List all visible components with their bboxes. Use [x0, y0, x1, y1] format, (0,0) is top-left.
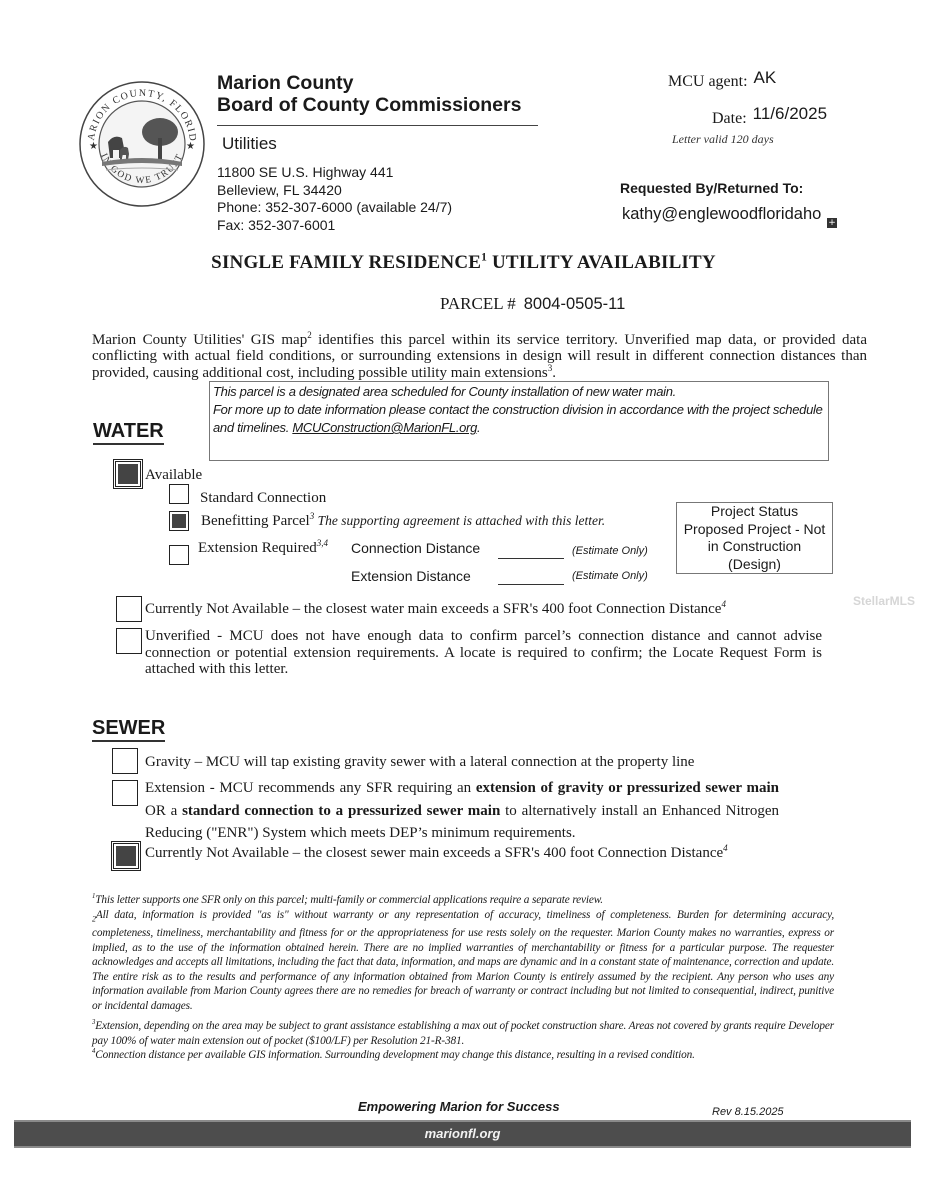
- revision-number: Rev 8.15.2025: [712, 1106, 784, 1118]
- project-status-line: in Construction: [677, 538, 832, 556]
- footnote-1: 1This letter supports one SFR only on th…: [92, 893, 834, 908]
- agent-label: MCU agent:: [668, 73, 748, 90]
- intro-paragraph: Marion County Utilities' GIS map2 identi…: [92, 332, 867, 381]
- department-name: Utilities: [222, 134, 277, 154]
- project-status-line: Proposed Project - Not: [677, 521, 832, 539]
- website-link[interactable]: marionfl.org: [425, 1126, 501, 1141]
- footer-tagline: Empowering Marion for Success: [358, 1099, 560, 1114]
- water-not-available-label: Currently Not Available – the closest wa…: [145, 601, 726, 618]
- extension-estimate-note: (Estimate Only): [572, 570, 648, 582]
- connection-distance-label: Connection Distance: [351, 540, 480, 556]
- standard-connection-label: Standard Connection: [200, 490, 326, 507]
- connection-estimate-note: (Estimate Only): [572, 545, 648, 557]
- construction-email-link[interactable]: MCUConstruction@MarionFL.org: [292, 420, 477, 435]
- construction-note-box: This parcel is a designated area schedul…: [209, 381, 829, 461]
- fax-number: Fax: 352-307-6001: [217, 217, 452, 235]
- date-value: 11/6/2025: [753, 104, 827, 123]
- letter-date: Date:11/6/2025: [712, 104, 827, 128]
- footnote-3: 3Extension, depending on the area may be…: [92, 1019, 834, 1048]
- header-divider: [217, 125, 538, 126]
- county-seal-logo: MARION COUNTY, FLORIDA IN GOD WE TRUST ★…: [78, 80, 206, 208]
- sewer-extension-label: Extension - MCU recommends any SFR requi…: [145, 777, 779, 845]
- water-unverified-checkbox[interactable]: [116, 628, 142, 654]
- seal-icon: MARION COUNTY, FLORIDA IN GOD WE TRUST ★…: [78, 80, 206, 208]
- sewer-gravity-checkbox[interactable]: [112, 748, 138, 774]
- project-status-box: Project Status Proposed Project - Not in…: [676, 502, 833, 574]
- footnote-2: 2All data, information is provided "as i…: [92, 908, 834, 1014]
- benefitting-parcel-checkbox[interactable]: [169, 511, 189, 531]
- water-not-available-checkbox[interactable]: [116, 596, 142, 622]
- footnote-4: 4Connection distance per available GIS i…: [92, 1048, 834, 1063]
- sewer-not-available-checkbox[interactable]: [113, 843, 139, 869]
- validity-note: Letter valid 120 days: [672, 132, 774, 147]
- extension-distance-label: Extension Distance: [351, 568, 471, 584]
- sewer-gravity-label: Gravity – MCU will tap existing gravity …: [145, 754, 694, 771]
- note-line-2: For more up to date information please c…: [213, 401, 825, 437]
- expand-plus-icon[interactable]: +: [827, 218, 837, 228]
- parcel-number: PARCEL #8004-0505-11: [440, 294, 625, 314]
- water-heading: WATER: [93, 420, 164, 445]
- benefitting-parcel-label: Benefitting Parcel3 The supporting agree…: [201, 513, 605, 530]
- standard-connection-checkbox[interactable]: [169, 484, 189, 504]
- extension-required-checkbox[interactable]: [169, 545, 189, 565]
- requested-by-label: Requested By/Returned To:: [620, 180, 803, 196]
- address-line-1: 11800 SE U.S. Highway 441: [217, 164, 452, 182]
- requested-by-email[interactable]: kathy@englewoodfloridaho: [622, 205, 821, 224]
- water-unverified-label: Unverified - MCU does not have enough da…: [145, 628, 822, 678]
- parcel-label: PARCEL #: [440, 294, 516, 313]
- document-title: SINGLE FAMILY RESIDENCE1 UTILITY AVAILAB…: [0, 252, 927, 274]
- project-status-line: (Design): [677, 556, 832, 574]
- connection-distance-field[interactable]: [498, 558, 564, 559]
- svg-text:★: ★: [186, 141, 195, 152]
- extension-distance-field[interactable]: [498, 584, 564, 585]
- contact-address: 11800 SE U.S. Highway 441 Belleview, FL …: [217, 164, 452, 234]
- note-line-1: This parcel is a designated area schedul…: [213, 383, 825, 401]
- mls-watermark: StellarMLS: [853, 594, 915, 608]
- address-line-2: Belleview, FL 34420: [217, 182, 452, 200]
- agent-value: AK: [754, 68, 777, 87]
- parcel-value: 8004-0505-11: [524, 295, 626, 313]
- sewer-heading: SEWER: [92, 717, 165, 742]
- water-available-label: Available: [145, 467, 202, 484]
- footer-website-bar: marionfl.org: [14, 1120, 911, 1148]
- org-line-2: Board of County Commissioners: [217, 94, 521, 116]
- mcu-agent: MCU agent:AK: [668, 68, 776, 91]
- date-label: Date:: [712, 110, 747, 127]
- sewer-extension-checkbox[interactable]: [112, 780, 138, 806]
- project-status-title: Project Status: [677, 503, 832, 521]
- sewer-not-available-label: Currently Not Available – the closest se…: [145, 845, 728, 862]
- water-available-checkbox[interactable]: [115, 461, 141, 487]
- footnotes: 1This letter supports one SFR only on th…: [92, 893, 834, 1063]
- phone-number: Phone: 352-307-6000 (available 24/7): [217, 199, 452, 217]
- extension-required-label: Extension Required3,4: [198, 540, 328, 557]
- organization-name: Marion County Board of County Commission…: [217, 72, 521, 116]
- svg-text:★: ★: [89, 141, 98, 152]
- org-line-1: Marion County: [217, 72, 521, 94]
